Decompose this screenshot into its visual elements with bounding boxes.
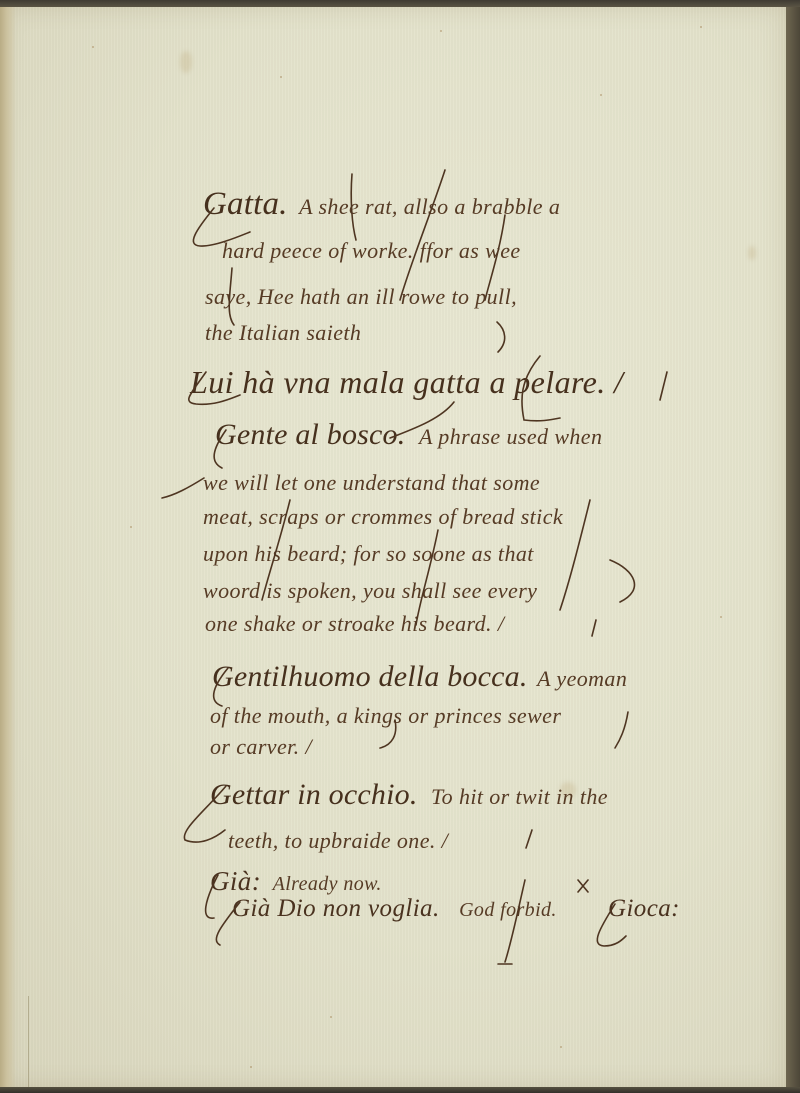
headword: Già: xyxy=(210,866,261,896)
entry-gatta-line-3: saye, Hee hath an ill rowe to pull, xyxy=(205,286,517,308)
entry-gente-line-2: we will let one understand that some xyxy=(203,472,540,494)
entry-gettar-line-1: Gettar in occhio. To hit or twit in the xyxy=(210,780,608,810)
catchword: Gioca: xyxy=(608,896,680,921)
flourish-paren xyxy=(610,560,634,602)
scanned-page: Gatta. A shee rat, allso a brabble a har… xyxy=(0,0,800,1093)
entry-gentilhuomo-line-3: or carver. / xyxy=(210,736,312,758)
slash-3 xyxy=(526,830,532,848)
headword: Gente al bosco. xyxy=(215,418,405,451)
entry-gatta-line-1: Gatta. A shee rat, allso a brabble a xyxy=(203,188,560,221)
entry-gentilhuomo-line-2: of the mouth, a kings or princes sewer xyxy=(210,705,561,727)
flourish-bracket xyxy=(497,322,505,352)
entry-gentilhuomo-line-1: Gentilhuomo della bocca. A yeoman xyxy=(212,662,627,692)
entry-gente-line-4: upon his beard; for so soone as that xyxy=(203,543,534,565)
headword: Gentilhuomo della bocca. xyxy=(212,660,528,693)
gloss-text: Already now. xyxy=(273,873,382,895)
gloss-text: A phrase used when xyxy=(419,424,602,449)
gloss-text: A yeoman xyxy=(537,666,627,691)
entry-gente-line-6: one shake or stroake his beard. / xyxy=(205,613,504,635)
italian-phrase: Lui hà vna mala gatta a pelare. / xyxy=(190,366,623,398)
flourish-we xyxy=(162,478,204,498)
gloss-text: To hit or twit in the xyxy=(431,784,608,809)
entry-gente-line-5: woord is spoken, you shall see every xyxy=(203,580,537,602)
flourish-s-7 xyxy=(560,500,590,610)
entry-gia-dio-line: Già Dio non voglia. God forbid. xyxy=(232,896,557,921)
slash-1 xyxy=(660,372,667,400)
gloss-text: God forbid. xyxy=(459,899,557,921)
flourish-forbid xyxy=(505,880,525,962)
entry-gatta-line-2: hard peece of worke. ffor as wee xyxy=(222,240,521,262)
gloss-text: A shee rat, allso a brabble a xyxy=(299,194,560,219)
manuscript-text: Gatta. A shee rat, allso a brabble a har… xyxy=(0,0,800,1093)
entry-gatta-line-4: the Italian saieth xyxy=(205,322,361,344)
entry-gente-line-3: meat, scraps or crommes of bread stick xyxy=(203,506,563,528)
headword: Gatta. xyxy=(203,186,288,222)
cross-mark xyxy=(578,880,588,892)
entry-gettar-line-2: teeth, to upbraide one. / xyxy=(228,830,448,852)
headword: Gettar in occhio. xyxy=(210,778,418,811)
slash-2 xyxy=(592,620,596,636)
headword: Già Dio non voglia. xyxy=(232,895,440,922)
entry-gia-line: Già: Already now. xyxy=(210,868,382,895)
flourish-sewer xyxy=(615,712,628,748)
entry-gente-line-1: Gente al bosco. A phrase used when xyxy=(215,420,602,450)
